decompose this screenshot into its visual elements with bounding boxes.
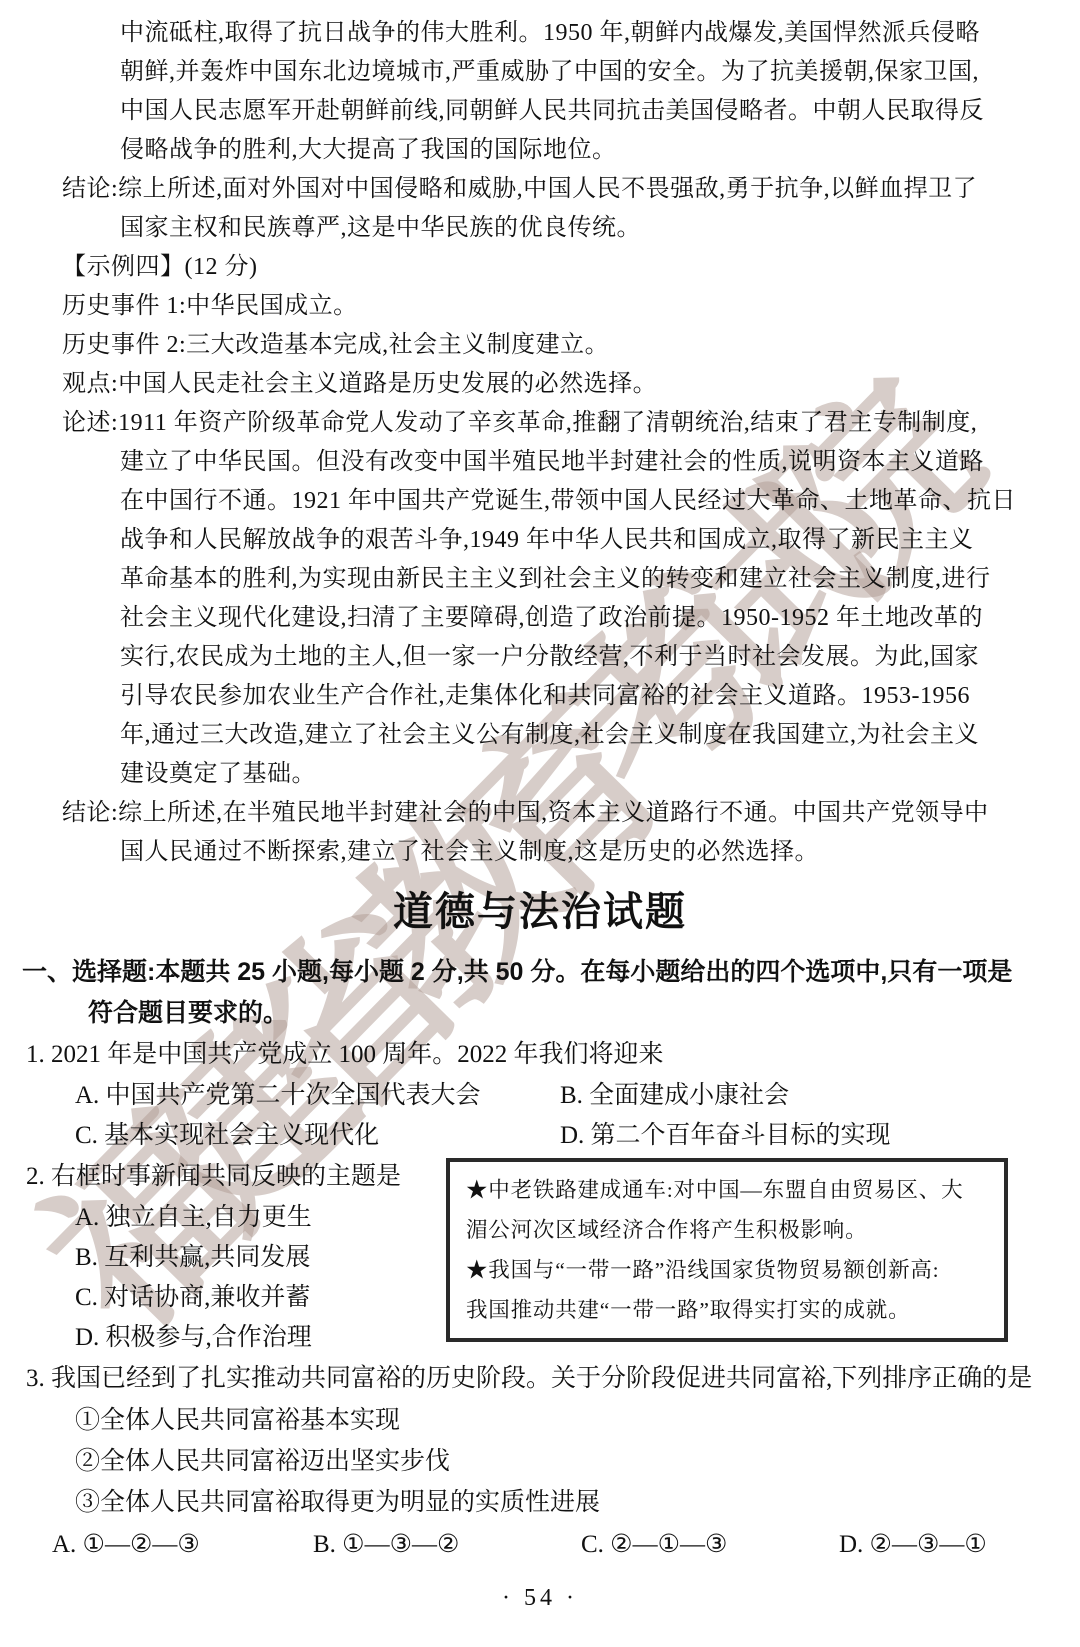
essay-event-1: 历史事件 1:中华民国成立。	[62, 287, 1080, 326]
essay-line: 中流砥柱,取得了抗日战争的伟大胜利。1950 年,朝鲜内战爆发,美国悍然派兵侵略	[120, 14, 1080, 53]
option-a: A. ①—②—③	[52, 1523, 200, 1567]
essay-viewpoint: 观点:中国人民走社会主义道路是历史发展的必然选择。	[62, 365, 1080, 404]
paper-title: 道德与法治试题	[0, 886, 1080, 938]
essay-discussion-line: 论述:1911 年资产阶级革命党人发动了辛亥革命,推翻了清朝统治,结束了君主专制…	[62, 404, 1080, 443]
essay-conclusion-line: 结论:综上所述,面对外国对中国侵略和威胁,中国人民不畏强敌,勇于抗争,以鲜血捍卫…	[62, 170, 1080, 209]
page-content: 中流砥柱,取得了抗日战争的伟大胜利。1950 年,朝鲜内战爆发,美国悍然派兵侵略…	[0, 0, 1080, 1613]
essay-line: 侵略战争的胜利,大大提高了我国的国际地位。	[120, 131, 1080, 170]
section-header-line-2: 符合题目要求的。	[88, 993, 1080, 1034]
option-d: D. ②—③—①	[839, 1523, 987, 1567]
essay-answer-block: 中流砥柱,取得了抗日战争的伟大胜利。1950 年,朝鲜内战爆发,美国悍然派兵侵略…	[0, 14, 1080, 872]
essay-line: 实行,农民成为土地的主人,但一家一户分散经营,不利于当时社会发展。为此,国家	[120, 638, 1080, 677]
option-b: B. 全面建成小康社会	[560, 1076, 789, 1116]
essay-line: 引导农民参加农业生产合作社,走集体化和共同富裕的社会主义道路。1953-1956	[120, 677, 1080, 716]
news-line: ★中老铁路建成通车:对中国—东盟自由贸易区、大	[466, 1170, 996, 1210]
news-line: 我国推动共建“一带一路”取得实打实的成就。	[466, 1290, 996, 1330]
essay-event-2: 历史事件 2:三大改造基本完成,社会主义制度建立。	[62, 326, 1080, 365]
section-header-line-1: 一、选择题:本题共 25 小题,每小题 2 分,共 50 分。在每小题给出的四个…	[22, 952, 1080, 993]
essay-line: 国人民通过不断探索,建立了社会主义制度,这是历史的必然选择。	[120, 833, 1080, 872]
sequence-item-1: ①全体人民共同富裕基本实现	[75, 1400, 1080, 1441]
essay-line: 革命基本的胜利,为实现由新民主主义到社会主义的转变和建立社会主义制度,进行	[120, 560, 1080, 599]
option-b: B. 互利共赢,共同发展	[75, 1238, 430, 1278]
question-2-left-column: 2. 右框时事新闻共同反映的主题是 A. 独立自主,自力更生 B. 互利共赢,共…	[0, 1156, 430, 1358]
essay-line: 战争和人民解放战争的艰苦斗争,1949 年中华人民共和国成立,取得了新民主主义	[120, 521, 1080, 560]
news-line: 湄公河次区域经济合作将产生积极影响。	[466, 1210, 996, 1250]
question-1-options-row-2: C. 基本实现社会主义现代化 D. 第二个百年奋斗目标的实现	[75, 1116, 1080, 1156]
question-2: 2. 右框时事新闻共同反映的主题是 A. 独立自主,自力更生 B. 互利共赢,共…	[0, 1156, 1080, 1358]
page-number: · 54 ·	[0, 1583, 1080, 1613]
essay-line: 在中国行不通。1921 年中国共产党诞生,带领中国人民经过大革命、土地革命、抗日	[120, 482, 1080, 521]
news-box: ★中老铁路建成通车:对中国—东盟自由贸易区、大 湄公河次区域经济合作将产生积极影…	[446, 1158, 1008, 1342]
option-b: B. ①—③—②	[313, 1523, 459, 1567]
essay-conclusion-line: 结论:综上所述,在半殖民地半封建社会的中国,资本主义道路行不通。中国共产党领导中	[62, 794, 1080, 833]
question-1: 1. 2021 年是中国共产党成立 100 周年。2022 年我们将迎来 A. …	[0, 1034, 1080, 1156]
option-c: C. ②—①—③	[581, 1523, 727, 1567]
option-c: C. 对话协商,兼收并蓄	[75, 1278, 430, 1318]
essay-line: 建立了中华民国。但没有改变中国半殖民地半封建社会的性质,说明资本主义道路	[120, 443, 1080, 482]
option-a: A. 独立自主,自力更生	[75, 1198, 430, 1238]
option-c: C. 基本实现社会主义现代化	[75, 1116, 560, 1156]
exam-paper-page: 福建省教育考试院 中流砥柱,取得了抗日战争的伟大胜利。1950 年,朝鲜内战爆发…	[0, 0, 1080, 1647]
essay-example-heading: 【示例四】(12 分)	[62, 248, 1080, 287]
essay-line: 朝鲜,并轰炸中国东北边境城市,严重威胁了中国的安全。为了抗美援朝,保家卫国,	[120, 53, 1080, 92]
essay-line: 社会主义现代化建设,扫清了主要障碍,创造了政治前提。1950-1952 年土地改…	[120, 599, 1080, 638]
essay-line: 年,通过三大改造,建立了社会主义公有制度,社会主义制度在我国建立,为社会主义	[120, 716, 1080, 755]
question-3-options-row: A. ①—②—③ B. ①—③—② C. ②—①—③ D. ②—③—①	[0, 1523, 1080, 1569]
essay-line: 国家主权和民族尊严,这是中华民族的优良传统。	[120, 209, 1080, 248]
sequence-item-2: ②全体人民共同富裕迈出坚实步伐	[75, 1441, 1080, 1482]
question-1-stem: 1. 2021 年是中国共产党成立 100 周年。2022 年我们将迎来	[26, 1034, 1080, 1076]
question-3: 3. 我国已经到了扎实推动共同富裕的历史阶段。关于分阶段促进共同富裕,下列排序正…	[0, 1358, 1080, 1569]
option-d: D. 第二个百年奋斗目标的实现	[560, 1116, 891, 1156]
option-d: D. 积极参与,合作治理	[75, 1318, 430, 1358]
question-2-stem: 2. 右框时事新闻共同反映的主题是	[26, 1156, 430, 1198]
essay-line: 建设奠定了基础。	[120, 755, 1080, 794]
news-line: ★我国与“一带一路”沿线国家货物贸易额创新高:	[466, 1250, 996, 1290]
option-a: A. 中国共产党第二十次全国代表大会	[75, 1076, 560, 1116]
essay-line: 中国人民志愿军开赴朝鲜前线,同朝鲜人民共同抗击美国侵略者。中朝人民取得反	[120, 92, 1080, 131]
question-3-stem: 3. 我国已经到了扎实推动共同富裕的历史阶段。关于分阶段促进共同富裕,下列排序正…	[26, 1358, 1080, 1400]
sequence-item-3: ③全体人民共同富裕取得更为明显的实质性进展	[75, 1482, 1080, 1523]
question-1-options-row-1: A. 中国共产党第二十次全国代表大会 B. 全面建成小康社会	[75, 1076, 1080, 1116]
